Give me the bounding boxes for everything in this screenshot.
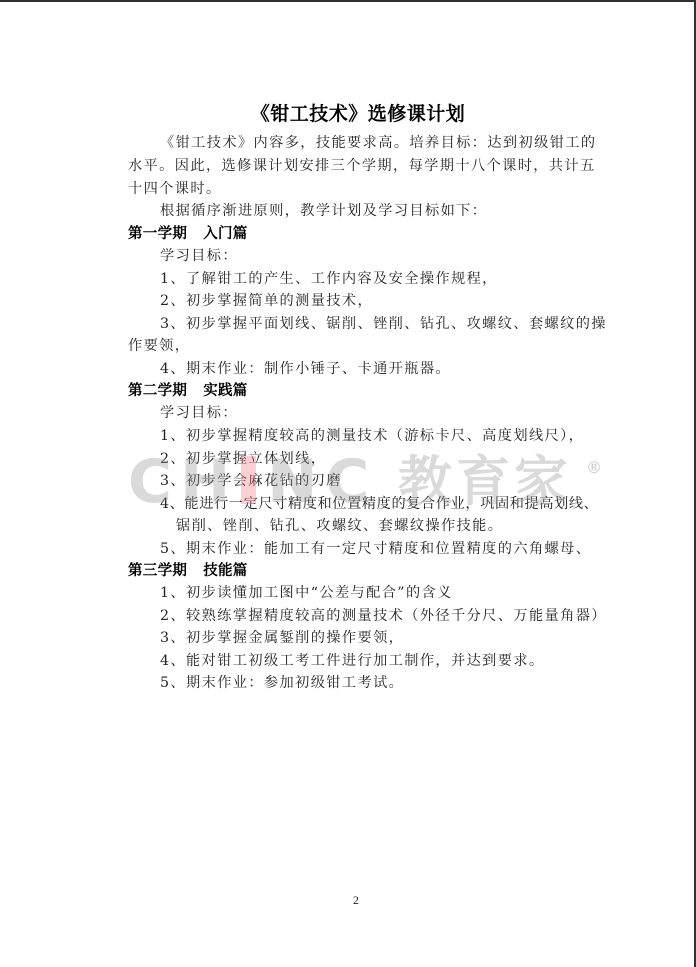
- list-item-continuation: 作要领，: [128, 336, 190, 356]
- term-label: 第一学期: [128, 226, 187, 242]
- document-page: 《钳工技术》选修课计划 《钳工技术》内容多，技能要求高。培养目标：达到初级钳工的…: [0, 0, 696, 967]
- list-item: 4、能对钳工初级工考工件进行加工制作，并达到要求。: [160, 651, 545, 671]
- intro-line-2: 水平。因此，选修课计划安排三个学期，每学期十八个课时，共计五: [128, 156, 596, 176]
- term-name: 入门篇: [203, 226, 247, 242]
- term-label: 第二学期: [128, 383, 187, 399]
- list-item: 2、初步掌握简单的测量技术，: [160, 291, 373, 311]
- term-label: 第三学期: [128, 563, 187, 579]
- registered-mark-icon: ®: [586, 458, 602, 477]
- list-item-continuation: 锯削、锉削、钻孔、攻螺纹、套螺纹操作技能。: [176, 516, 503, 536]
- list-item: 3、初步学会麻花钻的刃磨: [160, 471, 342, 491]
- list-item: 5、期末作业：参加初级钳工考试。: [160, 673, 404, 693]
- document-title: 《钳工技术》选修课计划: [0, 99, 696, 126]
- section-heading-term-3: 第三学期技能篇: [128, 561, 248, 581]
- list-item: 1、初步掌握精度较高的测量技术（游标卡尺、高度划线尺），: [160, 426, 584, 446]
- list-item: 5、期末作业：能加工有一定尺寸精度和位置精度的六角螺母、: [160, 539, 591, 559]
- page-number: 2: [353, 893, 359, 908]
- goal-label: 学习目标：: [160, 246, 238, 266]
- section-heading-term-1: 第一学期入门篇: [128, 224, 248, 244]
- term-name: 技能篇: [203, 563, 247, 579]
- list-item: 2、初步掌握立体划线，: [160, 449, 326, 469]
- intro-line-1: 《钳工技术》内容多，技能要求高。培养目标：达到初级钳工的: [160, 133, 596, 153]
- list-item: 4、期末作业：制作小锤子、卡通开瓶器。: [160, 359, 451, 379]
- list-item: 4、能进行一定尺寸精度和位置精度的复合作业，巩固和提高划线、: [160, 494, 598, 514]
- list-item: 3、初步掌握金属錾削的操作要领，: [160, 628, 404, 648]
- list-item: 2、较熟练掌握精度较高的测量技术（外径千分尺、万能量角器）: [160, 606, 607, 626]
- section-heading-term-2: 第二学期实践篇: [128, 381, 248, 401]
- intro-line-3: 十四个课时。: [128, 179, 222, 199]
- goal-label: 学习目标：: [160, 403, 238, 423]
- list-item: 3、初步掌握平面划线、锯削、锉削、钻孔、攻螺纹、套螺纹的操: [160, 314, 607, 334]
- list-item: 1、初步读懂加工图中“公差与配合”的含义: [160, 583, 453, 603]
- list-item: 1、了解钳工的产生、工作内容及安全操作规程，: [160, 269, 498, 289]
- intro-line-4: 根据循序渐进原则，教学计划及学习目标如下：: [160, 201, 487, 221]
- term-name: 实践篇: [203, 383, 247, 399]
